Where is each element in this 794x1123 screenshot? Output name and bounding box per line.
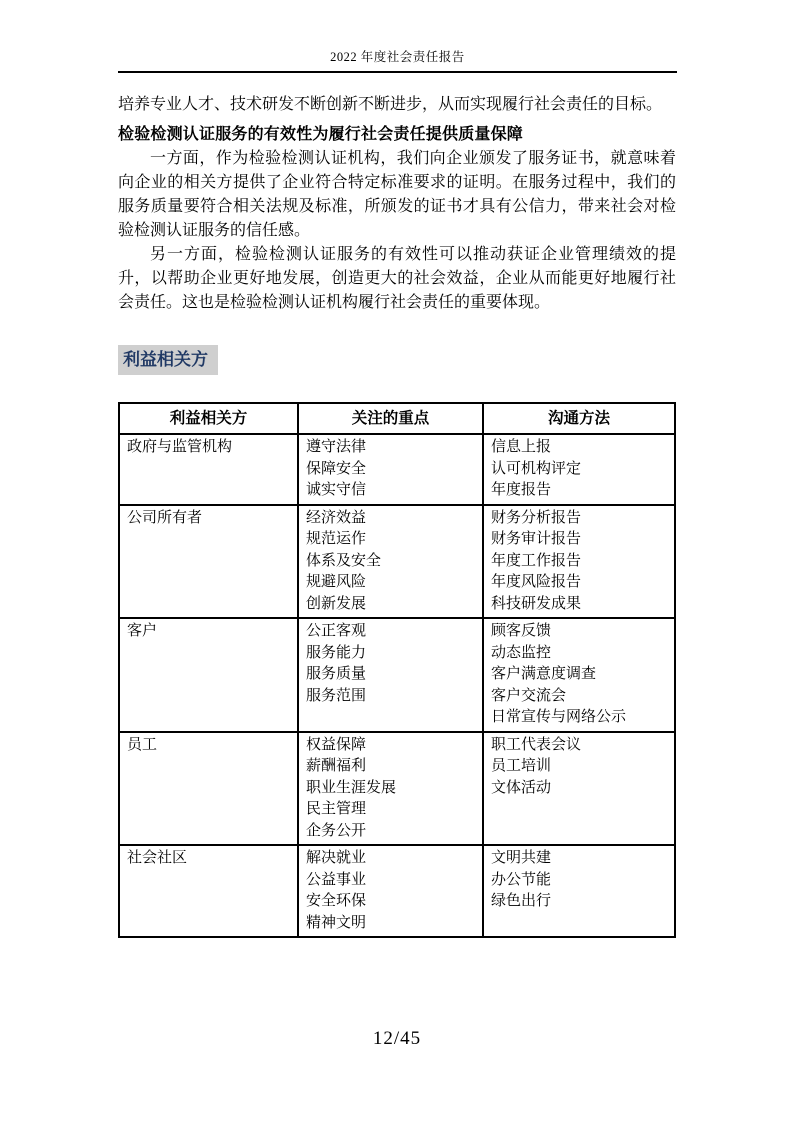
table-row: 政府与监管机构遵守法律 保障安全 诚实守信信息上报 认可机构评定 年度报告 (119, 434, 675, 505)
stakeholder-table: 利益相关方关注的重点沟通方法 政府与监管机构遵守法律 保障安全 诚实守信信息上报… (118, 402, 676, 938)
table-row: 员工权益保障 薪酬福利 职业生涯发展 民主管理 企务公开职工代表会议 员工培训 … (119, 732, 675, 846)
methods-cell: 财务分析报告 财务审计报告 年度工作报告 年度风险报告 科技研发成果 (483, 505, 675, 619)
page-content: 培养专业人才、技术研发不断创新不断进步，从而实现履行社会责任的目标。 检验检测认… (118, 93, 676, 938)
intro-line: 培养专业人才、技术研发不断创新不断进步，从而实现履行社会责任的目标。 (118, 93, 676, 117)
stakeholder-cell: 员工 (119, 732, 298, 846)
paragraph-one: 一方面，作为检验检测认证机构，我们向企业颁发了服务证书，就意味着向企业的相关方提… (118, 147, 676, 243)
stakeholder-cell: 公司所有者 (119, 505, 298, 619)
table-header-col-2: 关注的重点 (298, 403, 483, 434)
table-header-col-3: 沟通方法 (483, 403, 675, 434)
header-rule (118, 71, 677, 73)
page-header: 2022 年度社会责任报告 (118, 50, 677, 73)
stakeholder-cell: 客户 (119, 618, 298, 732)
methods-cell: 职工代表会议 员工培训 文体活动 (483, 732, 675, 846)
methods-cell: 信息上报 认可机构评定 年度报告 (483, 434, 675, 505)
header-title: 2022 年度社会责任报告 (118, 50, 677, 65)
table-header-col-1: 利益相关方 (119, 403, 298, 434)
table-row: 公司所有者经济效益 规范运作 体系及安全 规避风险 创新发展财务分析报告 财务审… (119, 505, 675, 619)
effectiveness-heading: 检验检测认证服务的有效性为履行社会责任提供质量保障 (118, 123, 676, 147)
stakeholder-cell: 社会社区 (119, 845, 298, 937)
focus-cell: 遵守法律 保障安全 诚实守信 (298, 434, 483, 505)
table-row: 社会社区解决就业 公益事业 安全环保 精神文明文明共建 办公节能 绿色出行 (119, 845, 675, 937)
focus-cell: 权益保障 薪酬福利 职业生涯发展 民主管理 企务公开 (298, 732, 483, 846)
focus-cell: 经济效益 规范运作 体系及安全 规避风险 创新发展 (298, 505, 483, 619)
section-title-stakeholders: 利益相关方 (118, 345, 218, 375)
report-page: 2022 年度社会责任报告 培养专业人才、技术研发不断创新不断进步，从而实现履行… (0, 0, 794, 1123)
paragraph-two: 另一方面，检验检测认证服务的有效性可以推动获证企业管理绩效的提升，以帮助企业更好… (118, 243, 676, 315)
table-header-row: 利益相关方关注的重点沟通方法 (119, 403, 675, 434)
focus-cell: 解决就业 公益事业 安全环保 精神文明 (298, 845, 483, 937)
page-number: 12/45 (0, 1028, 794, 1050)
focus-cell: 公正客观 服务能力 服务质量 服务范围 (298, 618, 483, 732)
stakeholder-cell: 政府与监管机构 (119, 434, 298, 505)
methods-cell: 顾客反馈 动态监控 客户满意度调查 客户交流会 日常宣传与网络公示 (483, 618, 675, 732)
table-row: 客户公正客观 服务能力 服务质量 服务范围顾客反馈 动态监控 客户满意度调查 客… (119, 618, 675, 732)
methods-cell: 文明共建 办公节能 绿色出行 (483, 845, 675, 937)
